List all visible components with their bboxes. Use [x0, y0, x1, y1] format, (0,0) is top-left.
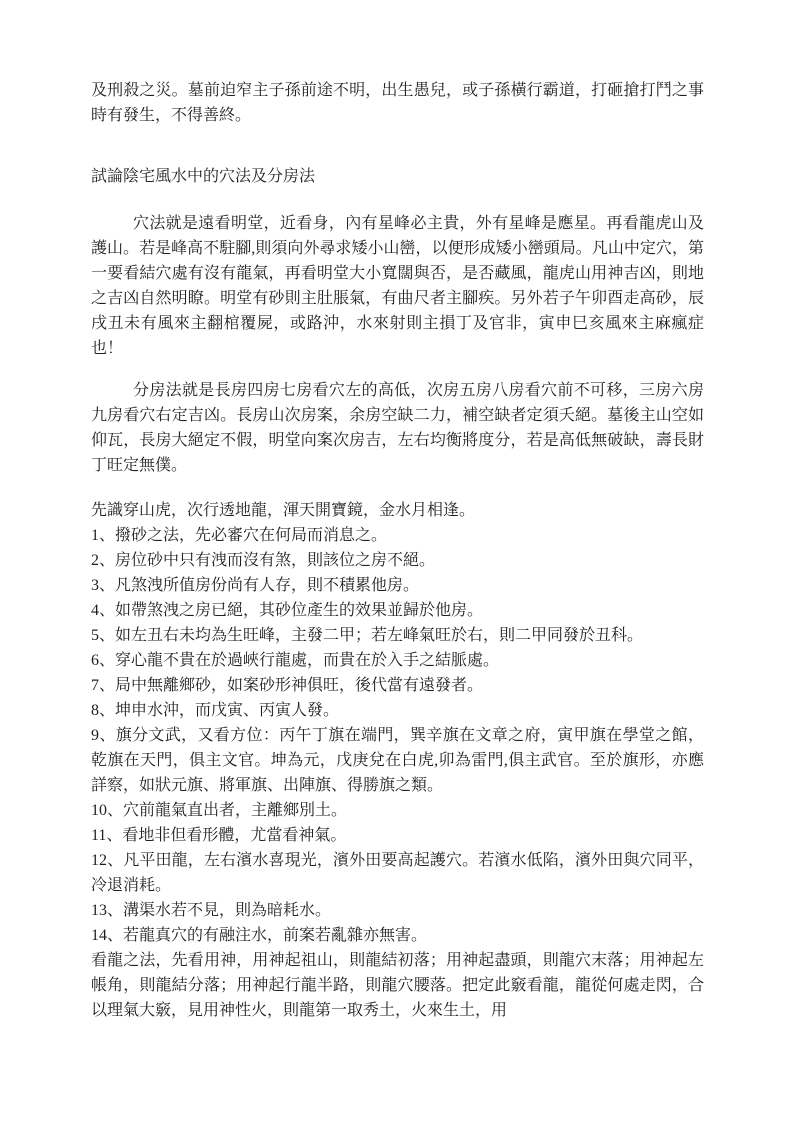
list-item: 11、看地非但看形體，尤當看神氣。	[91, 823, 704, 848]
list-item: 12、凡平田龍，左右濱水喜現光，濱外田要高起護穴。若濱水低陷，濱外田與穴同平，冷…	[91, 848, 704, 898]
list-item: 9、旗分文武，又看方位：丙午丁旗在端門，巽辛旗在文章之府，寅甲旗在學堂之館，乾旗…	[91, 723, 704, 798]
closing-paragraph: 看龍之法，先看用神，用神起祖山，則龍結初落；用神起盡頭，則龍穴末落；用神起左帳角…	[91, 948, 704, 1023]
list-item: 3、凡煞洩所值房份尚有人存，則不積累他房。	[91, 573, 704, 598]
paragraph-cavity-method: 穴法就是遠看明堂，近看身，內有星峰必主貴，外有星峰是應星。再看龍虎山及護山。若是…	[91, 211, 704, 361]
list-item: 7、局中無離鄉砂，如案砂形神俱旺，後代當有遠發者。	[91, 673, 704, 698]
list-item: 4、如帶煞洩之房已絕，其砂位產生的效果並歸於他房。	[91, 598, 704, 623]
paragraph-room-division: 分房法就是長房四房七房看穴左的高低，次房五房八房看穴前不可移，三房六房九房看穴右…	[91, 378, 704, 478]
list-item: 2、房位砂中只有洩而沒有煞，則該位之房不絕。	[91, 548, 704, 573]
list-item: 5、如左丑右未均為生旺峰，主發二甲；若左峰氣旺於右，則二甲同發於丑科。	[91, 623, 704, 648]
list-item: 1、撥砂之法，先必審穴在何局而消息之。	[91, 523, 704, 548]
document-page: 及刑殺之災。墓前迫窄主子孫前途不明，出生愚兒，或子孫橫行霸道，打砸搶打鬥之事時有…	[0, 0, 793, 1122]
list-item: 10、穴前龍氣直出者，主離鄉別土。	[91, 798, 704, 823]
list-item: 6、穿心龍不貴在於過峽行龍處，而貴在於入手之結脈處。	[91, 648, 704, 673]
list-item: 14、若龍真穴的有融注水，前案若亂雜亦無害。	[91, 923, 704, 948]
list-item: 13、溝渠水若不見，則為暗耗水。	[91, 898, 704, 923]
leading-paragraph: 及刑殺之災。墓前迫窄主子孫前途不明，出生愚兒，或子孫橫行霸道，打砸搶打鬥之事時有…	[91, 78, 704, 128]
document-title: 試論陰宅風水中的穴法及分房法	[91, 164, 704, 189]
verse-line: 先識穿山虎，次行透地龍，渾天開寶鏡，金水月相逢。	[91, 498, 704, 523]
list-item: 8、坤申水沖，而戊寅、丙寅人發。	[91, 698, 704, 723]
numbered-list-block: 先識穿山虎，次行透地龍，渾天開寶鏡，金水月相逢。 1、撥砂之法，先必審穴在何局而…	[91, 498, 704, 1023]
